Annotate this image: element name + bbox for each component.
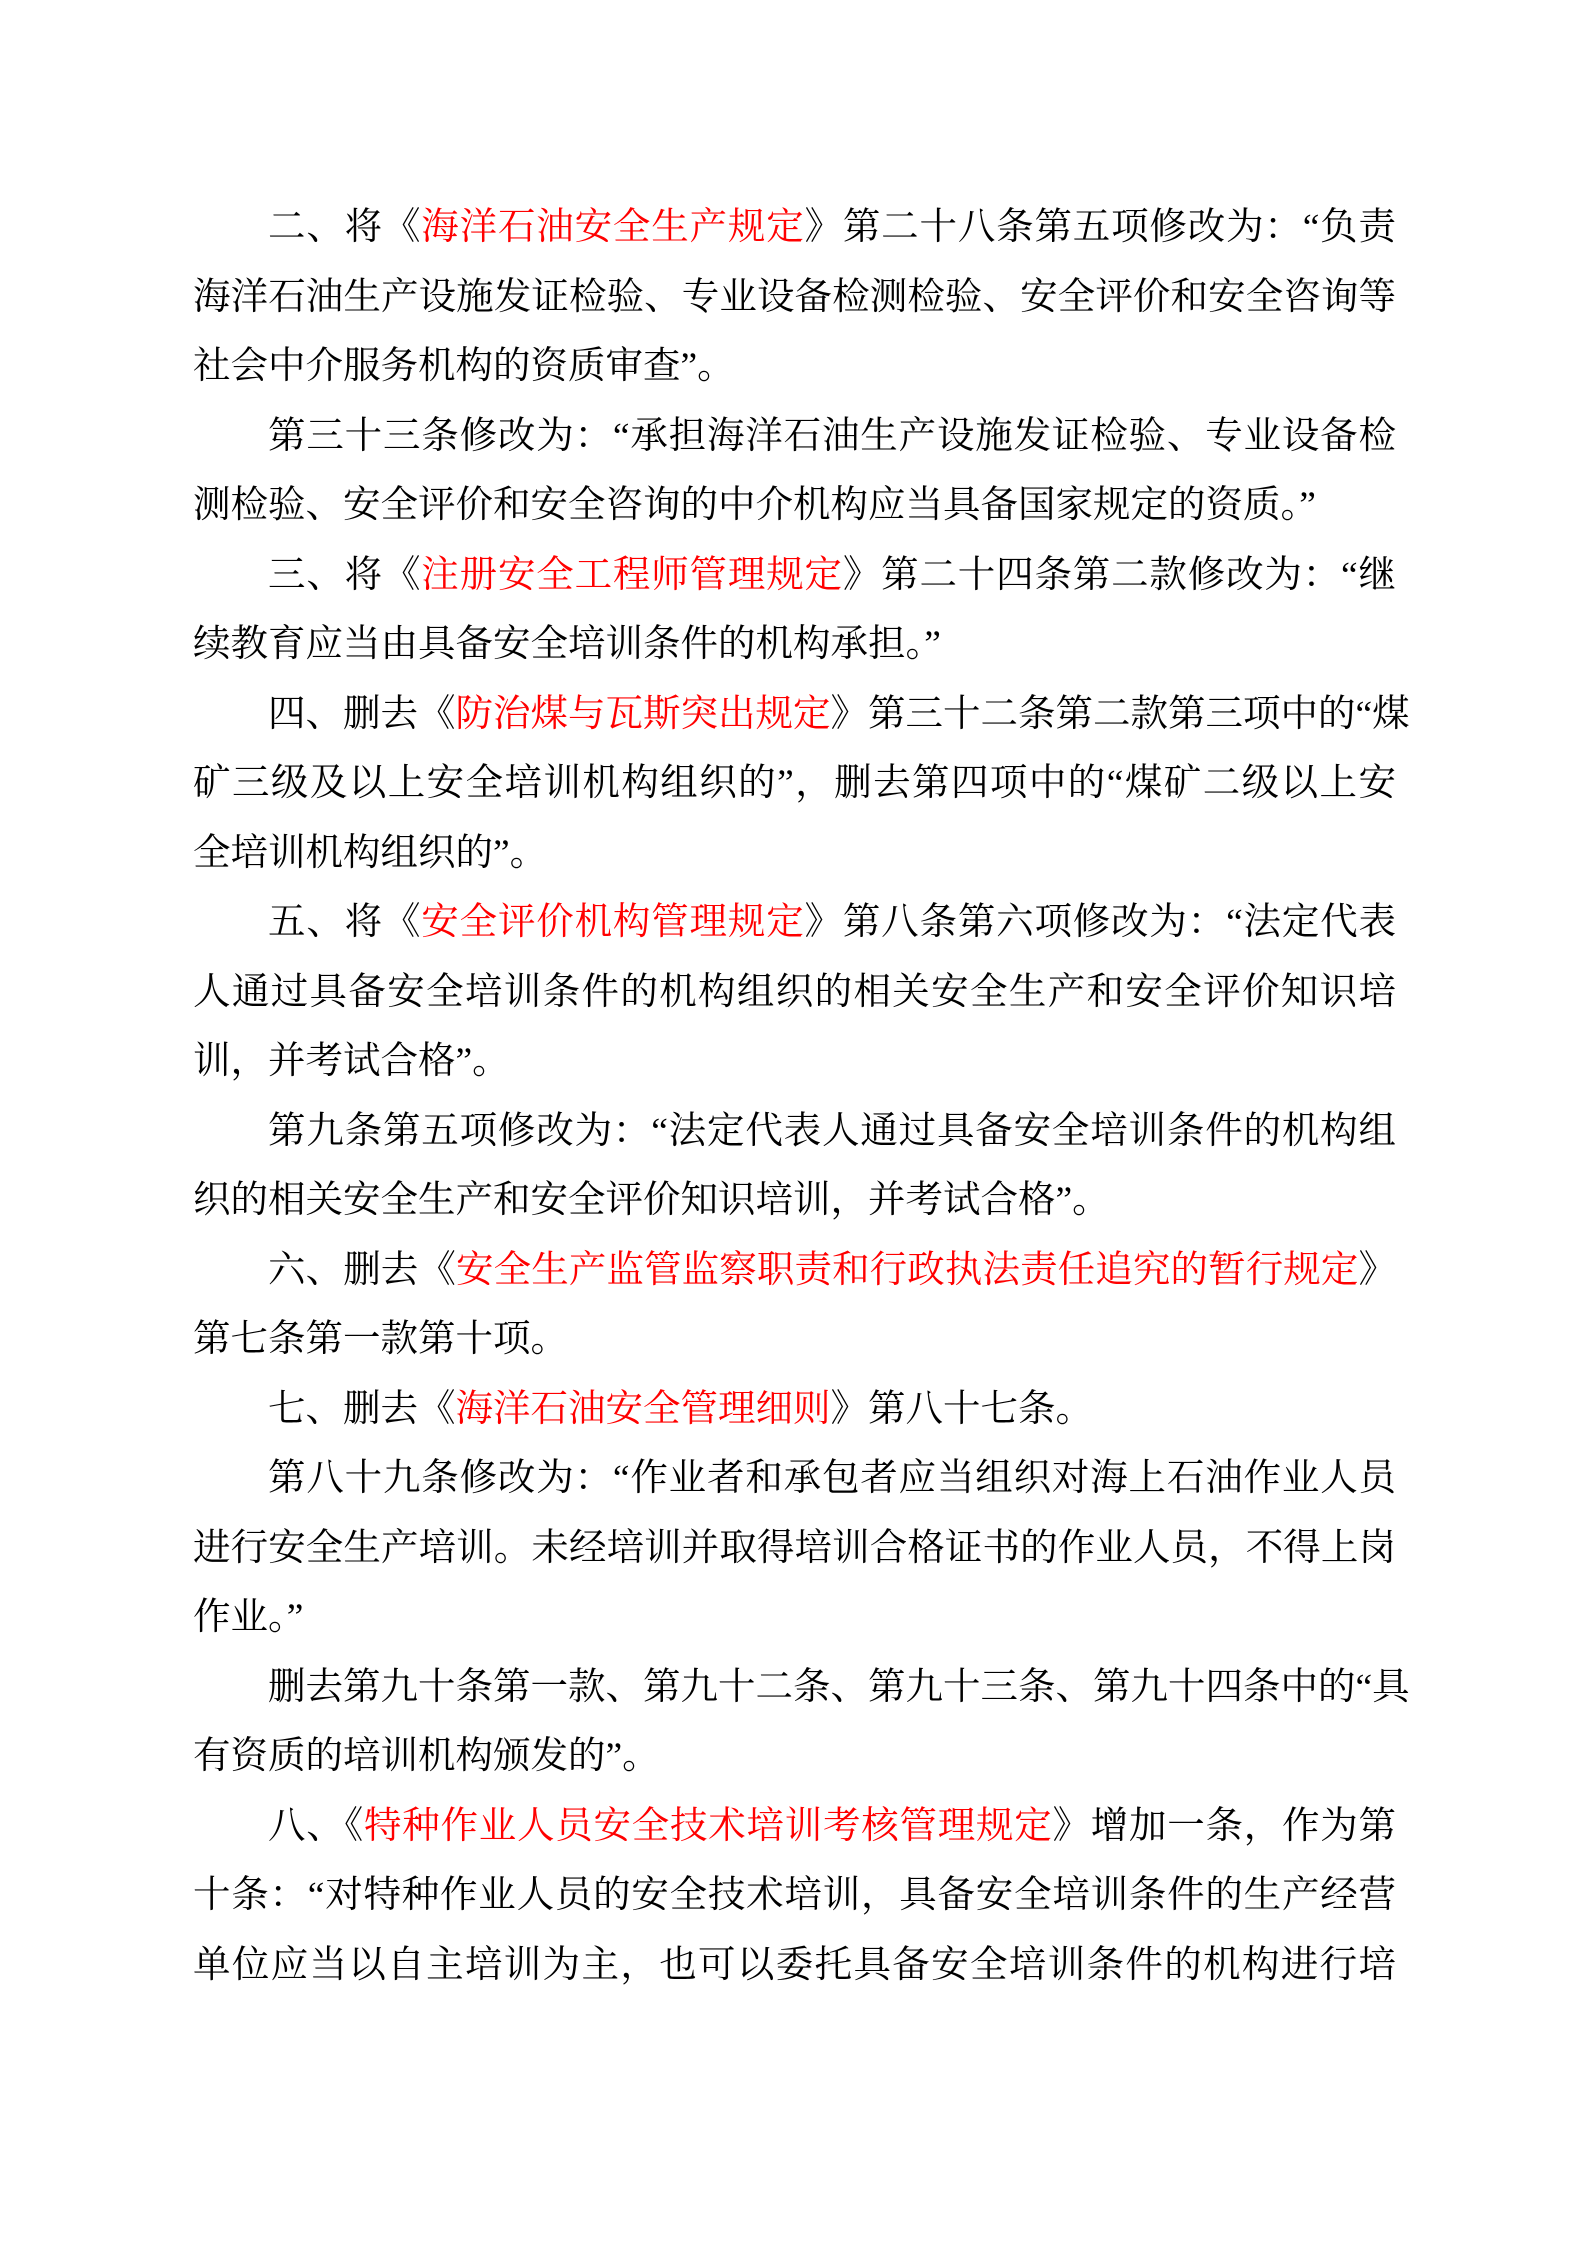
text-run: 四、删去《 xyxy=(268,694,456,735)
regulation-title-red: 注册安全工程师管理规定 xyxy=(421,555,843,596)
regulation-title-red: 安全评价机构管理规定 xyxy=(421,902,804,943)
text-run: 第九条第五项修改为：“法定代表人通过具备安全培训条件的机构组 xyxy=(268,1111,1396,1152)
text-line: 织的相关安全生产和安全评价知识培训，并考试合格”。 xyxy=(193,1166,1396,1236)
text-line: 删去第九十条第一款、第九十二条、第九十三条、第九十四条中的“具 xyxy=(193,1653,1396,1723)
text-run: 七、删去《 xyxy=(268,1389,456,1430)
document-page: 二、将《海洋石油安全生产规定》第二十八条第五项修改为：“负责海洋石油生产设施发证… xyxy=(0,0,1587,2245)
text-run: 人通过具备安全培训条件的机构组织的相关安全生产和安全评价知识培 xyxy=(193,972,1396,1013)
text-line: 四、删去《防治煤与瓦斯突出规定》第三十二条第二款第三项中的“煤 xyxy=(193,680,1396,750)
text-run: 海洋石油生产设施发证检验、专业设备检测检验、安全评价和安全咨询等 xyxy=(193,277,1396,318)
text-line: 作业。” xyxy=(193,1583,1396,1653)
text-line: 第三十三条修改为：“承担海洋石油生产设施发证检验、专业设备检 xyxy=(193,402,1396,472)
text-line: 测检验、安全评价和安全咨询的中介机构应当具备国家规定的资质。” xyxy=(193,471,1396,541)
text-run: 矿三级及以上安全培训机构组织的”，删去第四项中的“煤矿二级以上安 xyxy=(193,763,1396,804)
regulation-title-red: 防治煤与瓦斯突出规定 xyxy=(456,694,831,735)
text-line: 第七条第一款第十项。 xyxy=(193,1305,1396,1375)
text-run: 单位应当以自主培训为主，也可以委托具备安全培训条件的机构进行培 xyxy=(193,1945,1396,1986)
text-line: 人通过具备安全培训条件的机构组织的相关安全生产和安全评价知识培 xyxy=(193,958,1396,1028)
text-line: 第八十九条修改为：“作业者和承包者应当组织对海上石油作业人员 xyxy=(193,1444,1396,1514)
text-line: 海洋石油生产设施发证检验、专业设备检测检验、安全评价和安全咨询等 xyxy=(193,263,1396,333)
text-line: 进行安全生产培训。未经培训并取得培训合格证书的作业人员，不得上岗 xyxy=(193,1514,1396,1584)
text-line: 二、将《海洋石油安全生产规定》第二十八条第五项修改为：“负责 xyxy=(193,193,1396,263)
text-line: 三、将《注册安全工程师管理规定》第二十四条第二款修改为：“继 xyxy=(193,541,1396,611)
text-run: 第三十三条修改为：“承担海洋石油生产设施发证检验、专业设备检 xyxy=(268,416,1396,457)
text-line: 五、将《安全评价机构管理规定》第八条第六项修改为：“法定代表 xyxy=(193,888,1396,958)
text-run: 》第八条第六项修改为：“法定代表 xyxy=(805,902,1396,943)
text-line: 续教育应当由具备安全培训条件的机构承担。” xyxy=(193,610,1396,680)
text-run: 有资质的培训机构颁发的”。 xyxy=(193,1736,660,1777)
text-line: 全培训机构组织的”。 xyxy=(193,819,1396,889)
text-run: 》第八十七条。 xyxy=(831,1389,1094,1430)
text-run: 》第三十二条第二款第三项中的“煤 xyxy=(831,694,1410,735)
text-run: 》第二十四条第二款修改为：“继 xyxy=(843,555,1396,596)
text-run: 十条：“对特种作业人员的安全技术培训，具备安全培训条件的生产经营 xyxy=(193,1875,1396,1916)
text-line: 八、《特种作业人员安全技术培训考核管理规定》增加一条，作为第 xyxy=(193,1792,1396,1862)
text-run: 作业。” xyxy=(193,1597,303,1638)
text-run: 八、《 xyxy=(268,1806,364,1847)
text-run: 续教育应当由具备安全培训条件的机构承担。” xyxy=(193,624,941,665)
text-run: 》增加一条，作为第 xyxy=(1053,1806,1397,1847)
document-text: 二、将《海洋石油安全生产规定》第二十八条第五项修改为：“负责海洋石油生产设施发证… xyxy=(193,193,1396,2000)
text-run: 织的相关安全生产和安全评价知识培训，并考试合格”。 xyxy=(193,1180,1110,1221)
text-line: 六、删去《安全生产监管监察职责和行政执法责任追究的暂行规定》 xyxy=(193,1236,1396,1306)
text-line: 训，并考试合格”。 xyxy=(193,1027,1396,1097)
text-run: 二、将《 xyxy=(268,207,421,248)
regulation-title-red: 安全生产监管监察职责和行政执法责任追究的暂行规定 xyxy=(456,1250,1358,1291)
text-line: 矿三级及以上安全培训机构组织的”，删去第四项中的“煤矿二级以上安 xyxy=(193,749,1396,819)
regulation-title-red: 特种作业人员安全技术培训考核管理规定 xyxy=(364,1806,1053,1847)
text-run: 三、将《 xyxy=(268,555,421,596)
text-line: 有资质的培训机构颁发的”。 xyxy=(193,1722,1396,1792)
text-line: 十条：“对特种作业人员的安全技术培训，具备安全培训条件的生产经营 xyxy=(193,1861,1396,1931)
text-run: 测检验、安全评价和安全咨询的中介机构应当具备国家规定的资质。” xyxy=(193,485,1316,526)
text-line: 七、删去《海洋石油安全管理细则》第八十七条。 xyxy=(193,1375,1396,1445)
text-run: 社会中介服务机构的资质审查”。 xyxy=(193,346,735,387)
text-line: 社会中介服务机构的资质审查”。 xyxy=(193,332,1396,402)
regulation-title-red: 海洋石油安全生产规定 xyxy=(421,207,804,248)
text-run: 第八十九条修改为：“作业者和承包者应当组织对海上石油作业人员 xyxy=(268,1458,1396,1499)
text-run: 五、将《 xyxy=(268,902,421,943)
text-run: 进行安全生产培训。未经培训并取得培训合格证书的作业人员，不得上岗 xyxy=(193,1528,1396,1569)
text-line: 第九条第五项修改为：“法定代表人通过具备安全培训条件的机构组 xyxy=(193,1097,1396,1167)
text-run: 六、删去《 xyxy=(268,1250,456,1291)
text-run: 训，并考试合格”。 xyxy=(193,1041,510,1082)
text-line: 单位应当以自主培训为主，也可以委托具备安全培训条件的机构进行培 xyxy=(193,1931,1396,2001)
text-run: 第七条第一款第十项。 xyxy=(193,1319,568,1360)
regulation-title-red: 海洋石油安全管理细则 xyxy=(456,1389,831,1430)
text-run: 删去第九十条第一款、第九十二条、第九十三条、第九十四条中的“具 xyxy=(268,1667,1410,1708)
text-run: 》 xyxy=(1359,1250,1397,1291)
text-run: 全培训机构组织的”。 xyxy=(193,833,547,874)
text-run: 》第二十八条第五项修改为：“负责 xyxy=(805,207,1396,248)
